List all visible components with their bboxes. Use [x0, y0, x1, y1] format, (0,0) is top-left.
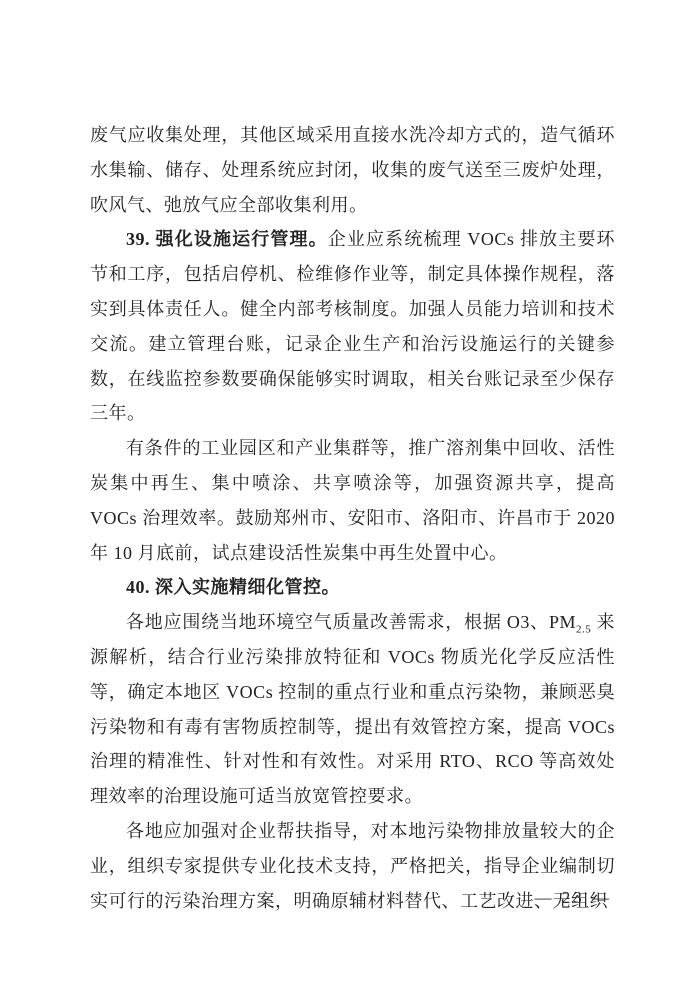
pm25-subscript: 2.5 [576, 624, 591, 636]
item-39-heading: 39. 强化设施运行管理。 [126, 229, 328, 249]
fine-control-text-after-subscript: 来源解析，结合行业污染排放特征和 VOCs 物质光化学反应活性等，确定本地区 V… [90, 612, 615, 806]
paragraph-item-39: 39. 强化设施运行管理。企业应系统梳理 VOCs 排放主要环节和工序，包括启停… [90, 222, 615, 431]
text-block: 废气应收集处理，其他区域采用直接水洗冷却方式的，造气循环水集输、储存、处理系统应… [90, 118, 615, 918]
paragraph-item-40: 40. 深入实施精细化管控。 [90, 570, 615, 605]
document-page: 废气应收集处理，其他区域采用直接水洗冷却方式的，造气循环水集输、储存、处理系统应… [0, 0, 700, 989]
paragraph-fine-control: 各地应围绕当地环境空气质量改善需求，根据 O3、PM2.5 来源解析，结合行业污… [90, 605, 615, 814]
item-40-heading: 40. 深入实施精细化管控。 [126, 577, 340, 597]
fine-control-text-before-subscript: 各地应围绕当地环境空气质量改善需求，根据 O3、PM [126, 612, 576, 632]
page-number: — 23 — [535, 888, 613, 908]
item-39-body: 企业应系统梳理 VOCs 排放主要环节和工序，包括启停机、检维修作业等，制定具体… [90, 229, 615, 423]
paragraph-continuation: 废气应收集处理，其他区域采用直接水洗冷却方式的，造气循环水集输、储存、处理系统应… [90, 118, 615, 222]
paragraph-industrial-parks: 有条件的工业园区和产业集群等，推广溶剂集中回收、活性炭集中再生、集中喷涂、共享喷… [90, 431, 615, 570]
